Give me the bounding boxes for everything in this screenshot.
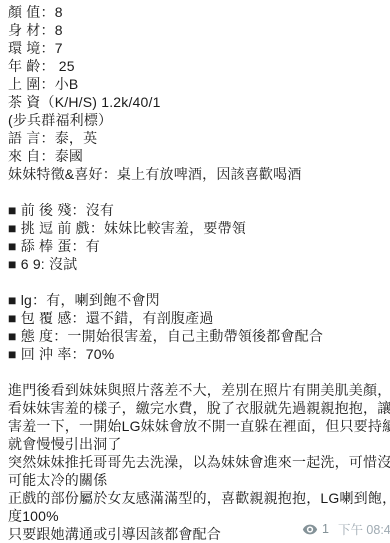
checklist-primary: ■ 前 後 殘：沒有■ 挑 逗 前 戲：妹妹比較害羞，要帶領■ 舔 棒 蛋：有■… — [8, 201, 390, 273]
text-line: ■ 回 沖 率：70% — [8, 345, 390, 363]
text-line: 妹妹特徵&喜好：桌上有放啤酒，因該喜歡喝酒 — [8, 165, 390, 183]
text-line: 語 言：泰，英 — [8, 129, 390, 147]
text-line: ■ 6 9: 沒試 — [8, 255, 390, 273]
text-line: 正戲的部份屬於女友感滿滿型的，喜歡親親抱抱，LG喇到飽，配合 — [8, 489, 390, 507]
text-line: ■ 挑 逗 前 戲：妹妹比較害羞，要帶領 — [8, 219, 390, 237]
review-paragraphs: 進門後看到妹妹與照片落差不大，差別在照片有開美肌美顏，看妹妹害羞的樣子，繳完水費… — [8, 381, 390, 543]
text-line: 顏 值：8 — [8, 3, 390, 21]
text-line: 進門後看到妹妹與照片落差不大，差別在照片有開美肌美顏， — [8, 381, 390, 399]
text-line: ■ 前 後 殘：沒有 — [8, 201, 390, 219]
post-body: 顏 值：8身 材：8環 境：7年 齡： 25上 圍：小B茶 資（K/H/S) 1… — [0, 0, 390, 543]
text-line: 害羞一下，一開始LG妹妹會放不開一直躲在裡面，但只要持續進攻 — [8, 417, 390, 435]
eye-icon — [302, 523, 318, 536]
text-line: 就會慢慢引出洞了 — [8, 435, 390, 453]
text-line: 上 圍：小B — [8, 75, 390, 93]
view-count: 1 — [322, 522, 329, 536]
text-line: 來 自：泰國 — [8, 147, 390, 165]
text-line: ■ lg：有，喇到飽不會閃 — [8, 291, 390, 309]
text-line: 年 齡： 25 — [8, 57, 390, 75]
text-line: ■ 態 度：一開始很害羞，自己主動帶領後都會配合 — [8, 327, 390, 345]
text-line: 茶 資（K/H/S) 1.2k/40/1 — [8, 93, 390, 111]
text-line: 身 材：8 — [8, 21, 390, 39]
text-line: 可能太冷的關係 — [8, 471, 390, 489]
text-line: ■ 舔 棒 蛋：有 — [8, 237, 390, 255]
post-meta: 1 下午 08:40 — [302, 520, 390, 538]
checklist-secondary: ■ lg：有，喇到飽不會閃■ 包 覆 感：還不錯，有剖腹產過■ 態 度：一開始很… — [8, 291, 390, 363]
info-list: 顏 值：8身 材：8環 境：7年 齡： 25上 圍：小B茶 資（K/H/S) 1… — [8, 3, 390, 183]
text-line: 環 境：7 — [8, 39, 390, 57]
text-line: (步兵群福利標） — [8, 111, 390, 129]
text-line: 突然妹妹推托哥哥先去洗澡，以為妹妹會進來一起洗，可惜沒有， — [8, 453, 390, 471]
timestamp: 下午 08:40 — [338, 520, 390, 538]
text-line: ■ 包 覆 感：還不錯，有剖腹產過 — [8, 309, 390, 327]
text-line: 看妹妹害羞的樣子，繳完水費，脫了衣服就先過親親抱抱，讓她更 — [8, 399, 390, 417]
